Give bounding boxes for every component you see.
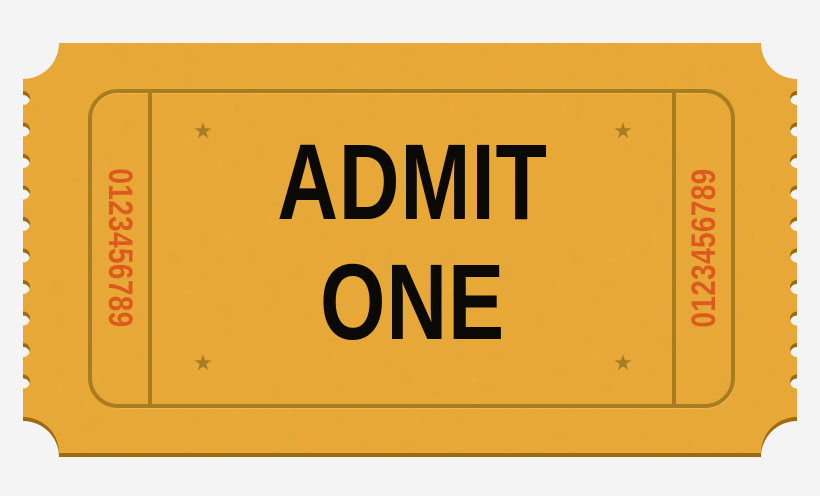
headline-one: ONE [208, 248, 618, 356]
serial-number-left: 0123456789 [103, 168, 137, 327]
headline-admit: ADMIT [208, 128, 618, 236]
serial-number-right: 0123456789 [687, 168, 721, 327]
